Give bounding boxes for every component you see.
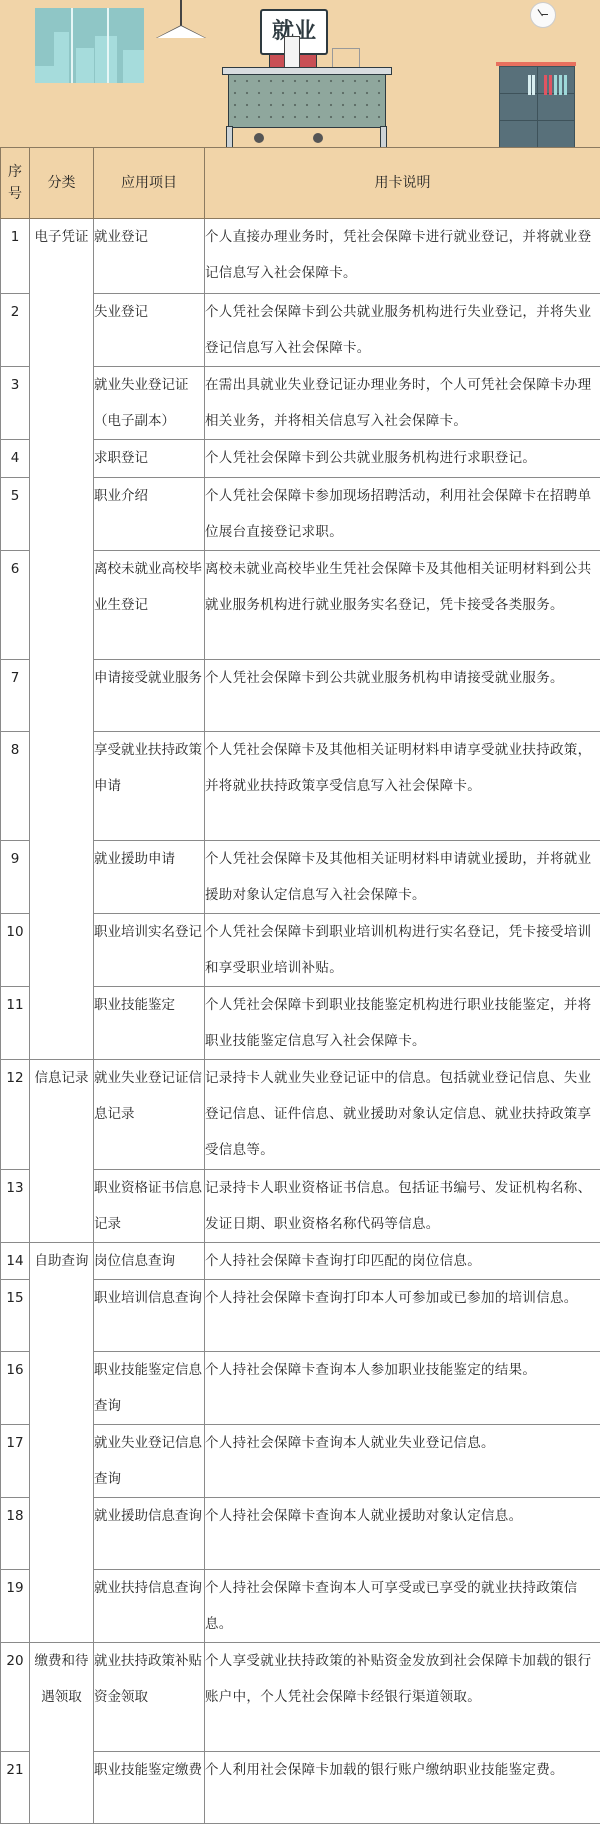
bookcase-icon (499, 66, 575, 147)
clock-icon (530, 2, 556, 28)
header-description: 用卡说明 (205, 148, 600, 219)
photo-frame-icon (332, 48, 360, 68)
table-row: 20 缴费和待遇领取 就业扶持政策补贴资金领取 个人享受就业扶持政策的补贴资金发… (1, 1643, 600, 1752)
header-item: 应用项目 (94, 148, 205, 219)
category-cell: 信息记录 (30, 1060, 94, 1243)
category-cell: 缴费和待遇领取 (30, 1643, 94, 1824)
social-security-card-usage-table: 序号 分类 应用项目 用卡说明 1 电子凭证 就业登记 个人直接办理业务时，凭社… (0, 147, 600, 1824)
lamp-cord (180, 0, 182, 28)
table-row: 14 自助查询 岗位信息查询 个人持社会保障卡查询打印匹配的岗位信息。 (1, 1243, 600, 1280)
header-num: 序号 (1, 148, 30, 219)
table-row: 1 电子凭证 就业登记 个人直接办理业务时，凭社会保障卡进行就业登记，并将就业登… (1, 219, 600, 294)
window-skyline-icon (35, 8, 144, 83)
table-row: 12 信息记录 就业失业登记证信息记录 记录持卡人就业失业登记证中的信息。包括就… (1, 1060, 600, 1170)
category-cell: 电子凭证 (30, 219, 94, 1060)
header-illustration: 就业 (0, 0, 600, 147)
header-category: 分类 (30, 148, 94, 219)
category-cell: 自助查询 (30, 1243, 94, 1643)
